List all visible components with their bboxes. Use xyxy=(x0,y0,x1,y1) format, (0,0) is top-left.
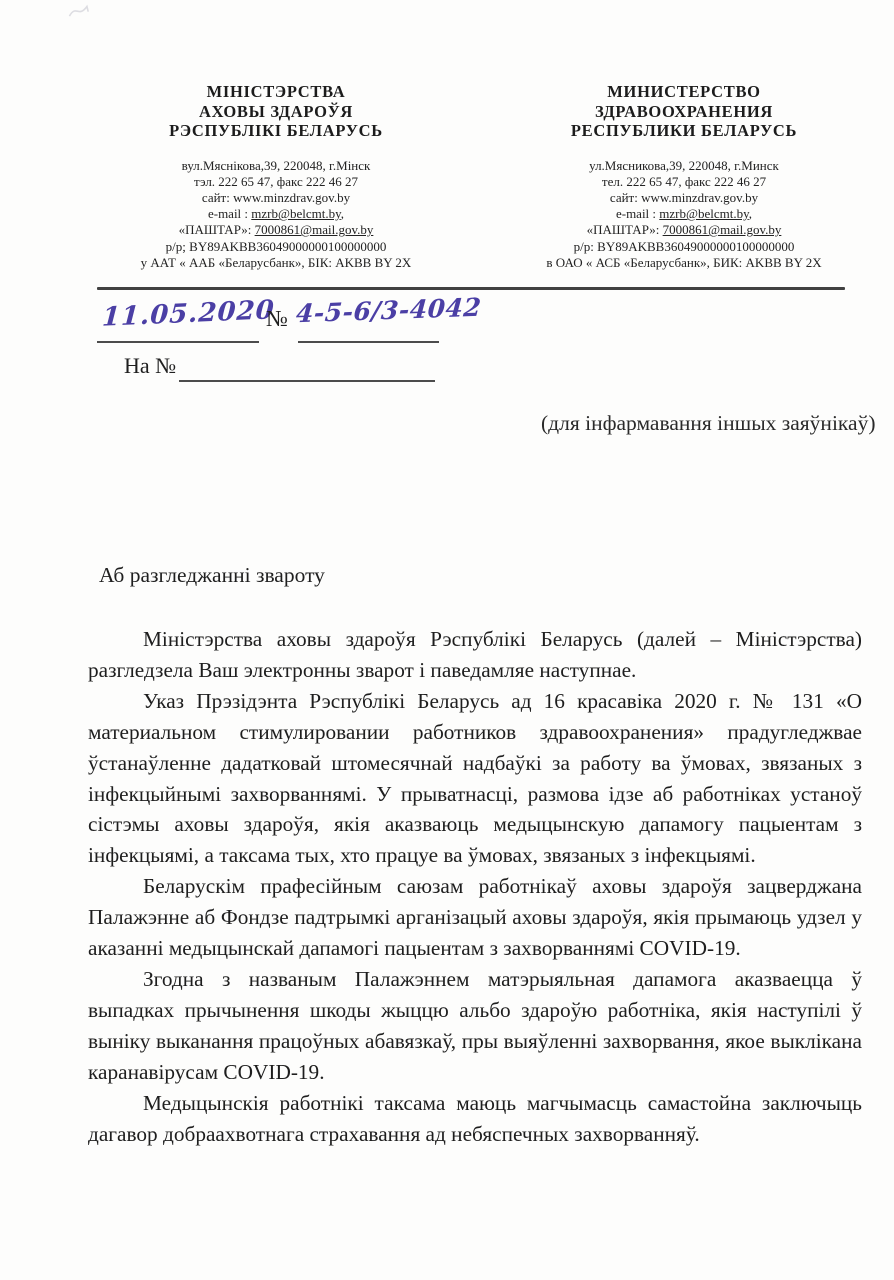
ministry-name-ru: МИНИСТЕРСТВО ЗДРАВООХРАНЕНИЯ РЕСПУБЛИКИ … xyxy=(498,82,870,141)
pashtar-label-ru: «ПАШТАР»: xyxy=(587,222,663,237)
letterhead-russian-column: МИНИСТЕРСТВО ЗДРАВООХРАНЕНИЯ РЕСПУБЛИКИ … xyxy=(498,82,870,271)
pashtar-email-be: 7000861@mail.gov.by xyxy=(255,222,374,237)
email-line-ru: e-mail : mzrb@belcmt.by, xyxy=(498,206,870,222)
body-paragraph-5: Медыцынскія работнікі таксама маюць магч… xyxy=(88,1088,862,1150)
bank-line-ru: в ОАО « АСБ «Беларусбанк», БИК: AKBB BY … xyxy=(498,255,870,271)
pashtar-label-be: «ПАШТАР»: xyxy=(179,222,255,237)
body-paragraph-3: Беларускім прафесійным саюзам работнікаў… xyxy=(88,871,862,964)
letterhead-belarusian-column: МІНІСТЭРСТВА АХОВЫ ЗДАРОЎЯ РЭСПУБЛІКІ БЕ… xyxy=(95,82,457,271)
pencil-scribble-mark xyxy=(65,0,102,26)
email-address-ru: mzrb@belcmt.by xyxy=(659,206,748,221)
account-line-be: р/р; BY89AKBB36049000000100000000 xyxy=(95,239,457,255)
number-sign: № xyxy=(266,306,288,332)
email-line-be: e-mail : mzrb@belcmt.by, xyxy=(95,206,457,222)
date-underline xyxy=(97,341,259,343)
website-line-be: сайт: www.minzdrav.gov.by xyxy=(95,190,457,206)
header-divider-rule xyxy=(97,287,845,290)
email-suffix-be: , xyxy=(341,206,344,221)
handwritten-outgoing-number: 4-5-6/3-4042 xyxy=(295,293,482,329)
scanned-letter-page: МІНІСТЭРСТВА АХОВЫ ЗДАРОЎЯ РЭСПУБЛІКІ БЕ… xyxy=(0,0,894,1280)
website-line-ru: сайт: www.minzdrav.gov.by xyxy=(498,190,870,206)
recipient-note: (для інфармавання іншых заяўнікаў) xyxy=(541,409,877,437)
ministry-name-be-line3: РЭСПУБЛІКІ БЕЛАРУСЬ xyxy=(95,121,457,141)
pashtar-line-ru: «ПАШТАР»: 7000861@mail.gov.by xyxy=(498,222,870,238)
incoming-number-blank-underline xyxy=(179,380,435,382)
address-line-be: вул.Мяснікова,39, 220048, г.Мінск xyxy=(95,158,457,174)
ministry-name-be-line1: МІНІСТЭРСТВА xyxy=(95,82,457,102)
address-line-ru: ул.Мясникова,39, 220048, г.Минск xyxy=(498,158,870,174)
body-paragraph-2: Указ Прэзідэнта Рэспублікі Беларусь ад 1… xyxy=(88,686,862,871)
pashtar-line-be: «ПАШТАР»: 7000861@mail.gov.by xyxy=(95,222,457,238)
ministry-name-be-line2: АХОВЫ ЗДАРОЎЯ xyxy=(95,102,457,122)
number-underline xyxy=(298,341,439,343)
pashtar-email-ru: 7000861@mail.gov.by xyxy=(663,222,782,237)
account-line-ru: р/р: BY89AKBB36049000000100000000 xyxy=(498,239,870,255)
ministry-name-ru-line1: МИНИСТЕРСТВО xyxy=(498,82,870,102)
body-paragraph-1: Міністэрства аховы здароўя Рэспублікі Бе… xyxy=(88,624,862,686)
incoming-number-label: На № xyxy=(124,353,176,379)
phone-line-be: тэл. 222 65 47, факс 222 46 27 xyxy=(95,174,457,190)
letter-body: Міністэрства аховы здароўя Рэспублікі Бе… xyxy=(88,624,862,1149)
email-label-be: e-mail : xyxy=(208,206,251,221)
ministry-name-ru-line2: ЗДРАВООХРАНЕНИЯ xyxy=(498,102,870,122)
phone-line-ru: тел. 222 65 47, факс 222 46 27 xyxy=(498,174,870,190)
email-label-ru: e-mail : xyxy=(616,206,659,221)
ministry-name-be: МІНІСТЭРСТВА АХОВЫ ЗДАРОЎЯ РЭСПУБЛІКІ БЕ… xyxy=(95,82,457,141)
body-paragraph-4: Згодна з названым Палажэннем матэрыяльна… xyxy=(88,964,862,1088)
email-suffix-ru: , xyxy=(749,206,752,221)
email-address-be: mzrb@belcmt.by xyxy=(251,206,340,221)
ministry-name-ru-line3: РЕСПУБЛИКИ БЕЛАРУСЬ xyxy=(498,121,870,141)
handwritten-date: 11.05.2020 xyxy=(101,295,276,333)
bank-line-be: у ААТ « ААБ «Беларусбанк», БІК: AKBB BY … xyxy=(95,255,457,271)
contact-info-be: вул.Мяснікова,39, 220048, г.Мінск тэл. 2… xyxy=(95,158,457,271)
subject-line: Аб разгледжанні звароту xyxy=(99,563,325,588)
contact-info-ru: ул.Мясникова,39, 220048, г.Минск тел. 22… xyxy=(498,158,870,271)
